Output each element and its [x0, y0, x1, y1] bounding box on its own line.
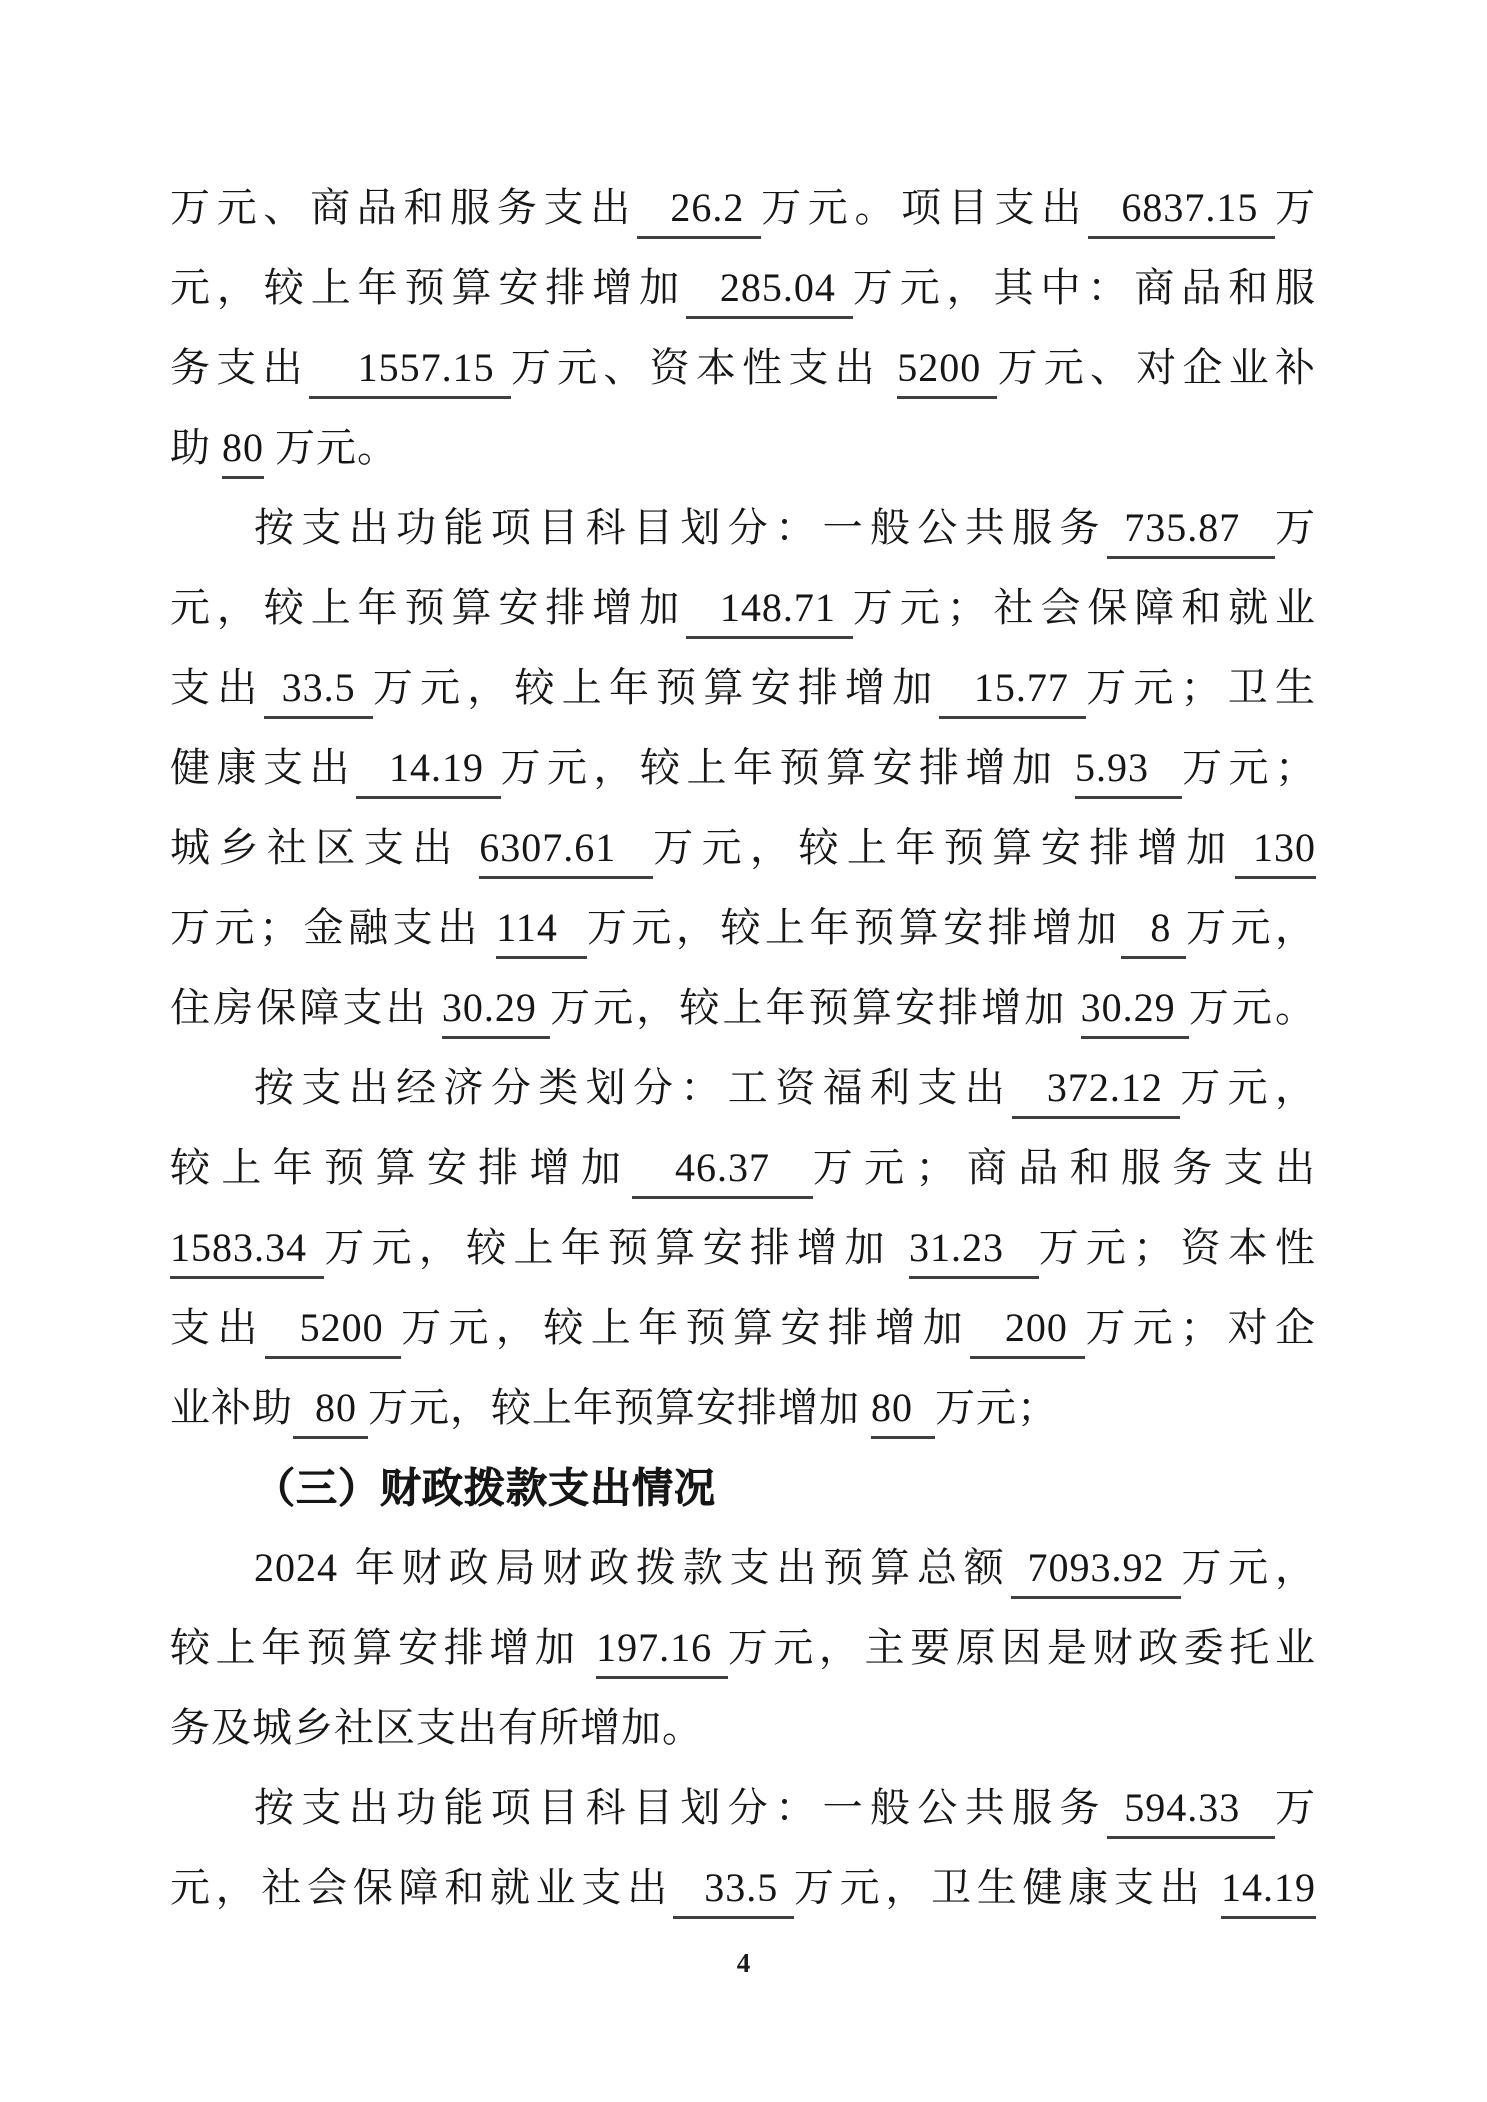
underlined-value: 80 [293, 1385, 368, 1439]
underlined-value: 15.77 [939, 665, 1086, 719]
document-body: 万元、商品和服务支出 26.2 万元。项目支出 6837.15 万元，较上年预算… [170, 168, 1316, 1928]
document-line: 元，社会保障和就业支出 33.5 万元，卫生健康支出 14.19 [170, 1848, 1316, 1928]
underlined-value: 30.29 [442, 985, 550, 1039]
text-segment: 万元，较上年预算安排增加 [401, 1305, 970, 1350]
text-segment: 万元，其中：商品和服 [853, 265, 1316, 310]
text-segment: 万元，主要原因是财政委托业 [728, 1625, 1316, 1670]
document-line: 住房保障支出 30.29 万元，较上年预算安排增加 30.29 万元。 [170, 968, 1316, 1048]
document-line: 万元、商品和服务支出 26.2 万元。项目支出 6837.15 万 [170, 168, 1316, 248]
text-segment: 万 [1275, 505, 1316, 550]
text-segment: 健康支出 [170, 745, 356, 790]
document-line: 1583.34 万元，较上年预算安排增加 31.23 万元；资本性 [170, 1208, 1316, 1288]
document-line: 2024 年财政局财政拨款支出预算总额 7093.92 万元， [170, 1528, 1316, 1608]
document-line: 城乡社区支出 6307.61 万元，较上年预算安排增加 130 [170, 808, 1316, 888]
text-segment: 万元、资本性支出 [511, 345, 897, 390]
underlined-value: 197.16 [596, 1625, 728, 1679]
underlined-value: 200 [970, 1305, 1085, 1359]
text-segment: 万元；对企 [1085, 1305, 1316, 1350]
text-segment: 元，社会保障和就业支出 [170, 1865, 673, 1910]
text-segment: 2024 年财政局财政拨款支出预算总额 [254, 1545, 1011, 1590]
text-segment: 务支出 [170, 345, 309, 390]
text-segment: 万元，较上年预算安排增加 [324, 1225, 909, 1270]
text-segment: 万元，较上年预算安排增加 [368, 1385, 871, 1430]
text-segment: 万元；商品和服务支出 [813, 1145, 1316, 1190]
section-heading: （三）财政拨款支出情况 [170, 1448, 1316, 1528]
text-segment: 万元、商品和服务支出 [170, 185, 637, 230]
text-segment: 万 [1275, 1785, 1316, 1830]
document-line: 元，较上年预算安排增加 148.71 万元；社会保障和就业 [170, 568, 1316, 648]
text-segment: 住房保障支出 [170, 985, 442, 1030]
document-line: 务支出 1557.15 万元、资本性支出 5200 万元、对企业补 [170, 328, 1316, 408]
underlined-value: 31.23 [909, 1225, 1039, 1279]
text-segment: 万元、对企业补 [997, 345, 1316, 390]
underlined-value: 7093.92 [1011, 1545, 1182, 1599]
text-segment: 万元；社会保障和就业 [853, 585, 1316, 630]
document-line: 元，较上年预算安排增加 285.04 万元，其中：商品和服 [170, 248, 1316, 328]
document-line: 按支出经济分类划分：工资福利支出 372.12 万元， [170, 1048, 1316, 1128]
document-line: 较上年预算安排增加 197.16 万元，主要原因是财政委托业 [170, 1608, 1316, 1688]
text-segment: 较上年预算安排增加 [170, 1145, 632, 1190]
underlined-value: 14.19 [1221, 1865, 1316, 1919]
text-segment: 万元， [1181, 1545, 1316, 1590]
document-line: 按支出功能项目科目划分：一般公共服务 594.33 万 [170, 1768, 1316, 1848]
underlined-value: 114 [496, 905, 587, 959]
underlined-value: 1557.15 [309, 345, 511, 399]
underlined-value: 30.29 [1081, 985, 1189, 1039]
text-segment: 按支出功能项目科目划分：一般公共服务 [254, 505, 1107, 550]
underlined-value: 285.04 [686, 265, 853, 319]
text-segment: 万元。项目支出 [761, 185, 1088, 230]
text-segment: 业补助 [170, 1385, 293, 1430]
underlined-value: 6837.15 [1088, 185, 1275, 239]
text-segment: 万元， [1180, 1065, 1316, 1110]
document-line: 业补助 80 万元，较上年预算安排增加 80 万元； [170, 1368, 1316, 1448]
underlined-value: 130 [1235, 825, 1316, 879]
document-line: 助 80 万元。 [170, 408, 1316, 488]
underlined-value: 26.2 [637, 185, 761, 239]
document-line: 健康支出 14.19 万元，较上年预算安排增加 5.93 万元； [170, 728, 1316, 808]
text-segment: 万元； [1182, 745, 1316, 790]
text-segment: 万元，较上年预算安排增加 [373, 665, 940, 710]
document-line: 支出 5200 万元，较上年预算安排增加 200 万元；对企 [170, 1288, 1316, 1368]
document-line: 按支出功能项目科目划分：一般公共服务 735.87 万 [170, 488, 1316, 568]
underlined-value: 33.5 [673, 1865, 794, 1919]
underlined-value: 14.19 [356, 745, 501, 799]
text-segment: 按支出功能项目科目划分：一般公共服务 [254, 1785, 1107, 1830]
text-segment: （三）财政拨款支出情况 [254, 1465, 716, 1511]
text-segment: 万元；资本性 [1039, 1225, 1316, 1270]
text-segment: 城乡社区支出 [170, 825, 479, 870]
text-segment: 万元，较上年预算安排增加 [587, 905, 1121, 950]
text-segment: 元，较上年预算安排增加 [170, 585, 686, 630]
text-segment: 元，较上年预算安排增加 [170, 265, 686, 310]
page-number: 4 [0, 1948, 1487, 1979]
text-segment: 按支出经济分类划分：工资福利支出 [254, 1065, 1012, 1110]
document-line: 务及城乡社区支出有所增加。 [170, 1688, 1316, 1768]
text-segment: 较上年预算安排增加 [170, 1625, 596, 1670]
text-segment: 万 [1275, 185, 1316, 230]
text-segment: 万元。 [1189, 985, 1316, 1030]
document-line: 万元；金融支出 114 万元，较上年预算安排增加 8 万元， [170, 888, 1316, 968]
text-segment: 万元；金融支出 [170, 905, 496, 950]
document-page: 万元、商品和服务支出 26.2 万元。项目支出 6837.15 万元，较上年预算… [0, 0, 1487, 2102]
underlined-value: 80 [222, 425, 264, 479]
underlined-value: 372.12 [1012, 1065, 1180, 1119]
text-segment: 万元；卫生 [1086, 665, 1316, 710]
text-segment: 万元， [1186, 905, 1316, 950]
underlined-value: 148.71 [686, 585, 853, 639]
text-segment: 万元。 [264, 425, 398, 470]
document-line: 支出 33.5 万元，较上年预算安排增加 15.77 万元；卫生 [170, 648, 1316, 728]
underlined-value: 5200 [897, 345, 997, 399]
underlined-value: 594.33 [1107, 1785, 1275, 1839]
underlined-value: 33.5 [264, 665, 372, 719]
text-segment: 万元，较上年预算安排增加 [550, 985, 1081, 1030]
underlined-value: 5200 [265, 1305, 401, 1359]
underlined-value: 8 [1121, 905, 1186, 959]
underlined-value: 1583.34 [170, 1225, 324, 1279]
underlined-value: 80 [871, 1385, 935, 1439]
underlined-value: 6307.61 [479, 825, 653, 879]
text-segment: 万元，卫生健康支出 [794, 1865, 1221, 1910]
text-segment: 支出 [170, 665, 264, 710]
underlined-value: 46.37 [632, 1145, 812, 1199]
text-segment: 万元，较上年预算安排增加 [501, 745, 1076, 790]
document-line: 较上年预算安排增加 46.37 万元；商品和服务支出 [170, 1128, 1316, 1208]
text-segment: 务及城乡社区支出有所增加。 [170, 1705, 703, 1750]
text-segment: 万元，较上年预算安排增加 [653, 825, 1234, 870]
text-segment: 万元； [935, 1385, 1058, 1430]
underlined-value: 5.93 [1075, 745, 1182, 799]
text-segment: 支出 [170, 1305, 265, 1350]
text-segment: 助 [170, 425, 222, 470]
underlined-value: 735.87 [1107, 505, 1275, 559]
